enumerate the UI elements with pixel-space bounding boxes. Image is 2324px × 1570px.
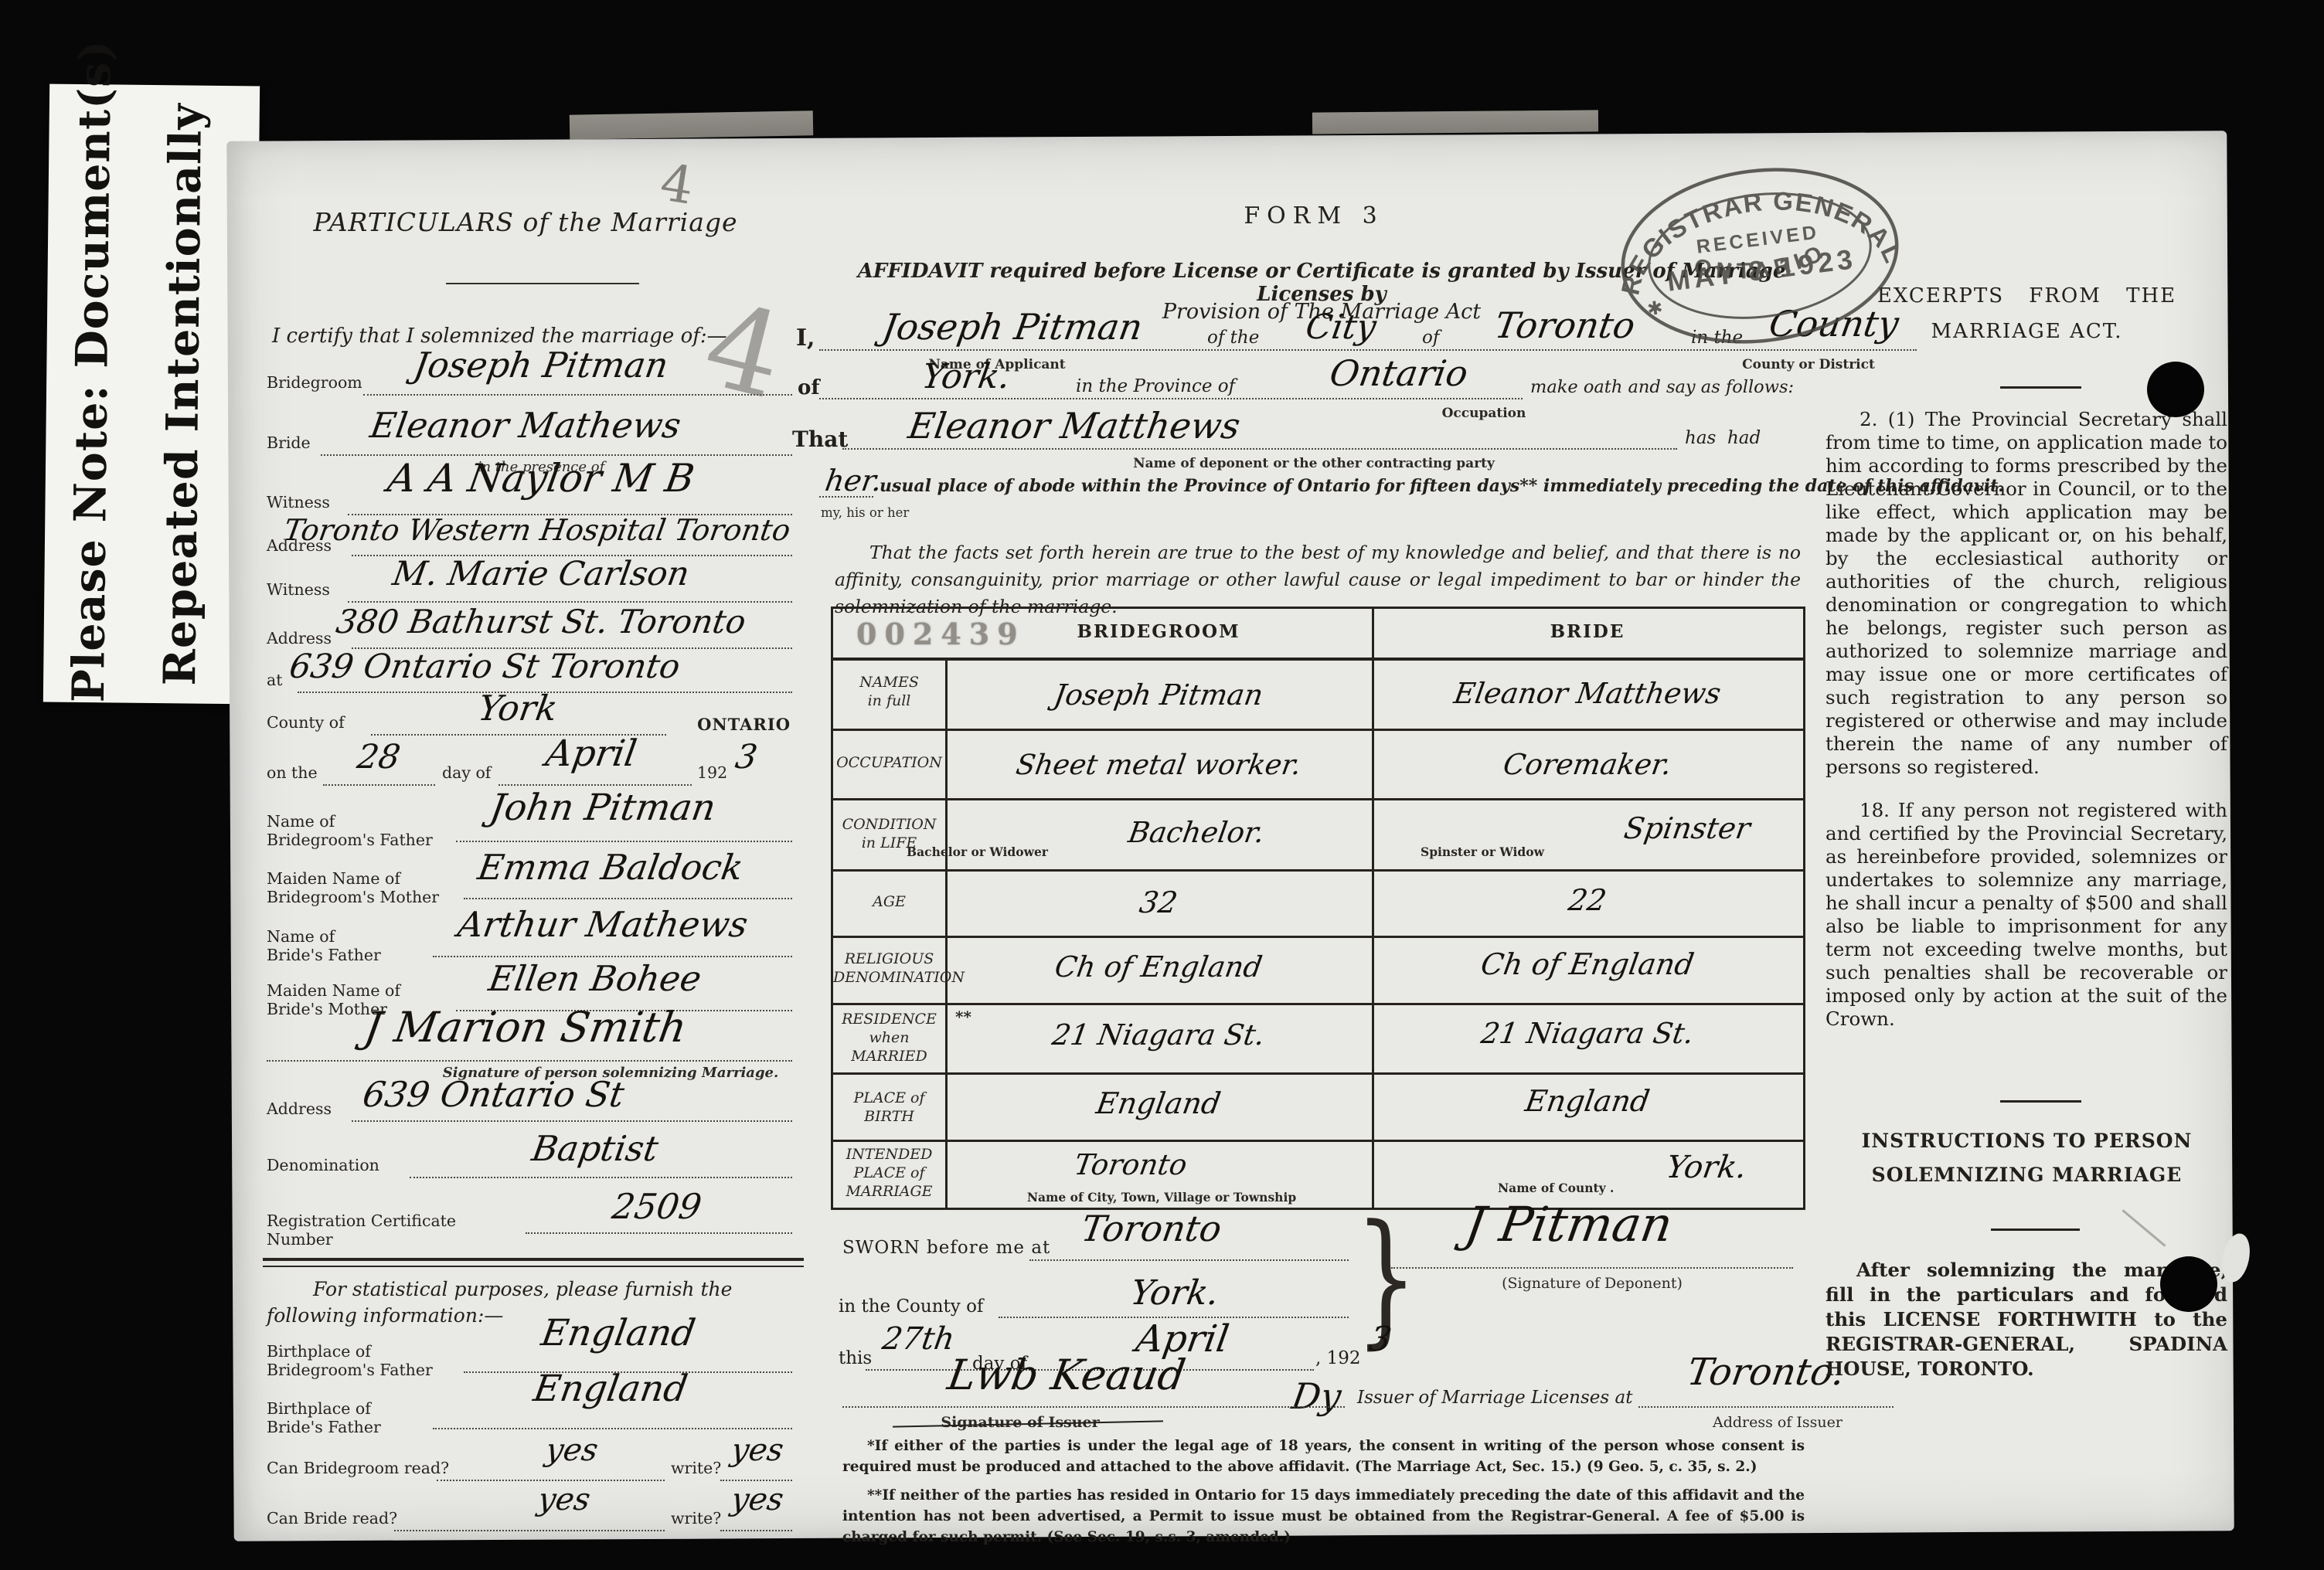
caption-spinster-widow: Spinster or Widow xyxy=(1421,844,1544,859)
punch-hole-top xyxy=(2147,362,2204,417)
address-1-handwriting: Toronto Western Hospital Toronto xyxy=(276,513,799,547)
dotted-line xyxy=(394,1530,665,1531)
groom-mother-handwriting: Emma Baldock xyxy=(430,847,791,888)
dotted-line xyxy=(1029,1259,1349,1261)
dotted-line xyxy=(842,448,1677,450)
table-bride-condition: Spinster xyxy=(1573,811,1802,845)
table-row-line xyxy=(833,936,1803,938)
reg-number-handwriting: 2509 xyxy=(569,1186,745,1227)
registrar-general-stamp: REGISTRAR GENERAL ONTARIO RECEIVED MAY 8… xyxy=(1604,147,1916,365)
row-label-religion: RELIGIOUS DENOMINATION xyxy=(833,950,945,987)
table-row-line xyxy=(833,1140,1803,1142)
table-row-line xyxy=(833,1003,1803,1005)
county-york-handwriting: York. xyxy=(870,357,1062,396)
printed-province-of: in the Province of xyxy=(1076,376,1235,396)
printed-that: That xyxy=(792,426,848,452)
sworn-place-handwriting: Toronto xyxy=(1017,1208,1287,1249)
table-groom-name: Joseph Pitman xyxy=(943,678,1375,712)
dotted-line xyxy=(819,398,1523,399)
table-groom-occupation: Sheet metal worker. xyxy=(943,749,1374,781)
field-label-can-groom-read: Can Bridegroom read? xyxy=(267,1460,449,1478)
my-his-her-caption: my, his or her xyxy=(821,505,944,520)
title-rule xyxy=(446,283,639,284)
printed-of-line2: of xyxy=(798,376,820,399)
double-rule xyxy=(263,1258,804,1267)
table-row-line xyxy=(833,729,1803,731)
section-rule xyxy=(2000,1100,2081,1103)
groom-father-handwriting: John Pitman xyxy=(414,787,792,829)
deponent-caption: Name of deponent or the other contractin… xyxy=(1082,456,1546,471)
bp-groom-father-handwriting: England xyxy=(430,1312,808,1354)
address-2-handwriting: 380 Bathurst St. Toronto xyxy=(283,603,799,641)
dotted-line xyxy=(433,1428,792,1429)
deponent-name-handwriting: Eleanor Matthews xyxy=(870,405,1279,447)
table-groom-birthplace: England xyxy=(943,1086,1375,1120)
sworn-county-handwriting: York. xyxy=(1063,1273,1286,1313)
note-line-2: Repeated Intentionally xyxy=(134,85,232,704)
bride-mother-handwriting: Ellen Bohee xyxy=(414,958,776,999)
denomination-handwriting: Baptist xyxy=(430,1128,760,1169)
row-label-age: AGE xyxy=(833,893,945,912)
table-bride-intended-county: York. xyxy=(1618,1150,1794,1185)
table-bride-name: Eleanor Matthews xyxy=(1370,677,1806,710)
issuer-address-caption: Address of Issuer xyxy=(1669,1414,1886,1431)
table-bride-age: 22 xyxy=(1370,883,1806,917)
bridegroom-bride-table: 002439 BRIDEGROOM BRIDE NAMES in full OC… xyxy=(831,607,1805,1210)
table-groom-condition: Bachelor. xyxy=(1047,816,1346,849)
dotted-line xyxy=(464,898,792,899)
bride-father-handwriting: Arthur Mathews xyxy=(414,904,791,945)
printed-of: of xyxy=(1422,328,1439,348)
table-row-line xyxy=(833,658,1803,661)
field-label-can-bride-read: Can Bride read? xyxy=(267,1510,397,1528)
instructions-title-1: INSTRUCTIONS TO PERSON xyxy=(1828,1130,2226,1152)
province-handwriting: Ontario xyxy=(1280,352,1519,394)
table-row-line xyxy=(833,798,1803,800)
tape-strip-right xyxy=(1312,110,1598,134)
section-rule xyxy=(1991,1228,2080,1231)
dotted-line xyxy=(323,784,435,786)
form-number: FORM 3 xyxy=(1121,202,1507,229)
field-label-at: at xyxy=(267,671,282,690)
dotted-line xyxy=(720,1530,792,1531)
field-label-bride: Bride xyxy=(267,434,311,453)
bp-bride-father-handwriting: England xyxy=(422,1368,800,1410)
issuer-signature-handwriting: Lwb Keaud xyxy=(869,1351,1264,1399)
dotted-line xyxy=(437,1480,665,1481)
dotted-line xyxy=(433,956,792,957)
dotted-line xyxy=(267,1060,792,1062)
dotted-line xyxy=(498,784,692,786)
field-label-reg-number: Registration Certificate Number xyxy=(267,1212,522,1249)
printed-issuer-at: Issuer of Marriage Licenses at xyxy=(1357,1388,1632,1408)
table-groom-religion: Ch of England xyxy=(943,950,1375,984)
dotted-line xyxy=(1638,1406,1894,1408)
bridegroom-name-handwriting: Joseph Pitman xyxy=(322,345,760,386)
printed-abode: usual place of abode within the Province… xyxy=(880,476,1803,496)
excerpt-section-2: 2. (1) The Provincial Secretary shall fr… xyxy=(1826,408,2227,779)
printed-has-had: has had xyxy=(1685,428,1761,448)
bride-name-handwriting: Eleanor Mathews xyxy=(306,405,745,446)
printed-oath: make oath and say as follows: xyxy=(1530,377,1794,397)
province-printed: ONTARIO xyxy=(669,715,791,734)
issuer-dy-handwriting: Dy xyxy=(1289,1375,1344,1417)
dotted-line xyxy=(842,1406,1345,1408)
column-header-bride: BRIDE xyxy=(1372,621,1803,642)
occupation-caption: Occupation xyxy=(1383,406,1584,421)
witness-1-handwriting: A A Naylor M B xyxy=(290,456,791,501)
her-handwriting: her. xyxy=(823,464,885,498)
solemnizer-address-handwriting: 639 Ontario St xyxy=(360,1074,628,1115)
city-word-handwriting: City xyxy=(1272,308,1410,347)
table-vertical-divider-label xyxy=(945,658,948,1208)
dotted-line xyxy=(456,841,792,842)
footnote-consent: *If either of the parties is under the l… xyxy=(842,1436,1805,1477)
dotted-line xyxy=(352,1120,792,1122)
table-row-line xyxy=(833,1072,1803,1075)
table-bride-residence: 21 Niagara St. xyxy=(1370,1017,1806,1050)
row-label-intended-place: INTENDED PLACE of MARRIAGE xyxy=(833,1146,945,1201)
dotted-line xyxy=(1391,1267,1793,1269)
field-label-denomination: Denomination xyxy=(267,1157,379,1175)
row-label-residence: RESIDENCE when MARRIED xyxy=(833,1011,945,1065)
applicant-name-handwriting: Joseph Pitman xyxy=(839,306,1186,348)
table-groom-age: 32 xyxy=(943,885,1375,919)
dotted-line xyxy=(410,1177,792,1178)
excerpt-section-18: 18. If any person not registered with an… xyxy=(1826,799,2227,1031)
printed-sworn: SWORN before me at xyxy=(842,1238,1050,1258)
table-bride-occupation: Coremaker. xyxy=(1370,748,1806,781)
day-handwriting: 28 xyxy=(322,738,436,777)
table-row-line xyxy=(833,869,1803,872)
stamp-star-icon: ✱ xyxy=(1646,297,1664,320)
caption-bachelor-widower: Bachelor or Widower xyxy=(907,844,1048,859)
printed-of-the: of the xyxy=(1207,328,1259,348)
punch-hole-bottom xyxy=(2160,1256,2217,1312)
deponent-signature-handwriting: J Pitman xyxy=(1402,1196,1736,1252)
county-handwriting: York xyxy=(399,688,637,729)
bride-write-handwriting: yes xyxy=(692,1482,822,1517)
scanned-document-page: Please Note: Document(s) Repeated Intent… xyxy=(0,0,2324,1570)
row-label-names: NAMES in full xyxy=(833,674,945,711)
printed-I: I, xyxy=(796,325,815,352)
date-mid: day of xyxy=(442,764,491,783)
printed-in-county-of: in the County of xyxy=(839,1296,983,1317)
tape-strip-left xyxy=(570,110,814,139)
field-label-county: County of xyxy=(267,714,345,732)
solemnizer-signature-handwriting: J Marion Smith xyxy=(305,1003,746,1052)
date-prefix: on the xyxy=(267,764,318,783)
witness-2-handwriting: M. Marie Carlson xyxy=(291,555,791,593)
groom-read-handwriting: yes xyxy=(499,1432,644,1468)
table-bride-birthplace: England xyxy=(1370,1084,1806,1118)
footnote-residence: **If neither of the parties has resided … xyxy=(842,1485,1805,1548)
bride-read-handwriting: yes xyxy=(492,1482,636,1517)
table-groom-intended-place: Toronto xyxy=(943,1148,1319,1181)
deponent-signature-caption: (Signature of Deponent) xyxy=(1453,1275,1731,1292)
caption-name-of-county: Name of County . xyxy=(1498,1181,1614,1195)
marriage-location-handwriting: 639 Ontario St Toronto xyxy=(287,647,682,686)
row-label-birthplace: PLACE of BIRTH xyxy=(833,1089,945,1127)
column-header-bridegroom: BRIDEGROOM xyxy=(945,621,1372,642)
field-label-address-3: Address xyxy=(267,1100,332,1119)
dotted-line xyxy=(720,1480,792,1481)
groom-write-handwriting: yes xyxy=(692,1432,822,1468)
table-groom-residence: 21 Niagara St. xyxy=(943,1018,1375,1052)
month-handwriting: April xyxy=(492,732,692,775)
year-printed: 192 xyxy=(697,764,727,783)
marriage-act-excerpts: 2. (1) The Provincial Secretary shall fr… xyxy=(1826,408,2227,1051)
table-bride-religion: Ch of England xyxy=(1370,947,1806,981)
printed-192: , 192 xyxy=(1315,1348,1361,1368)
note-line-1: Please Note: Document(s) xyxy=(43,84,141,703)
stamp-date-text: MAY 8 1923 xyxy=(1666,243,1858,297)
county-district-caption: County or District xyxy=(1696,357,1921,372)
printed-this: this xyxy=(839,1348,872,1368)
section-rule xyxy=(2000,386,2081,389)
row-label-occupation: OCCUPATION xyxy=(833,754,945,773)
dotted-line xyxy=(819,349,1917,351)
caption-city-town: Name of City, Town, Village or Township xyxy=(980,1190,1343,1205)
dotted-line xyxy=(526,1232,792,1234)
instructions-title-2: SOLEMNIZING MARRIAGE xyxy=(1828,1164,2226,1186)
